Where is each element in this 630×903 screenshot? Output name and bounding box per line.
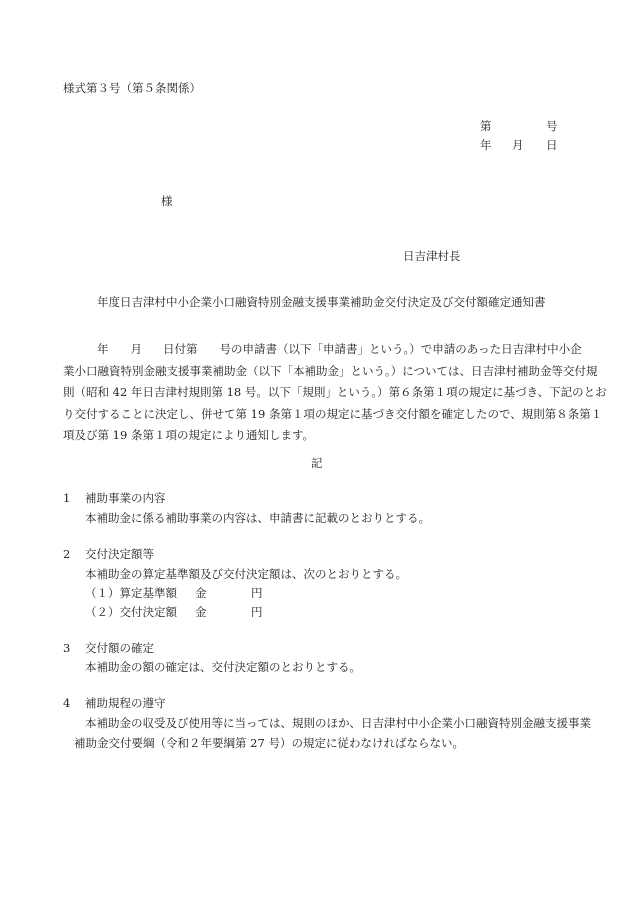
calculation-base-amount-item: （１）算定基準額金円 <box>85 585 263 601</box>
item-label: （１）算定基準額 <box>85 585 195 601</box>
body-paragraph: 年月日付第号の申請書（以下「申請書」という。）で申請のあった日吉津村中小企 業小… <box>63 339 581 447</box>
section-3-heading: 3交付額の確定 <box>63 640 154 656</box>
section-number: 3 <box>63 641 85 655</box>
body-month-label: 月 <box>131 342 143 356</box>
body-line-5: 項及び第 19 条第１項の規定により通知します。 <box>63 425 581 447</box>
document-title: 年度日吉津村中小企業小口融資特別金融支援事業補助金交付決定及び交付額確定通知書 <box>97 294 546 310</box>
amount-prefix: 金 <box>195 585 251 601</box>
body-line-2: 業小口融資特別金融支援事業補助金（以下「本補助金」という。）については、日吉津村… <box>63 361 581 383</box>
section-title: 交付決定額等 <box>85 547 154 561</box>
date-year-label: 年 <box>480 137 492 153</box>
section-2-heading: 2交付決定額等 <box>63 546 154 562</box>
section-1-heading: 1補助事業の内容 <box>63 490 166 506</box>
body-line-1: 年月日付第号の申請書（以下「申請書」という。）で申請のあった日吉津村中小企 <box>63 339 581 361</box>
item-label: （２）交付決定額 <box>85 604 195 620</box>
addressee-suffix: 様 <box>161 193 173 209</box>
section-4-heading: 4補助規程の遵守 <box>63 695 166 711</box>
amount-unit: 円 <box>251 605 263 619</box>
amount-prefix: 金 <box>195 604 251 620</box>
issuer-name: 日吉津村長 <box>403 248 461 264</box>
date-month-label: 月 <box>512 137 524 153</box>
body-day-number-label: 日付第 <box>163 342 198 356</box>
body-line-4: り交付することに決定し、併せて第 19 条第１項の規定に基づき交付額を確定したの… <box>63 404 581 426</box>
amount-unit: 円 <box>251 586 263 600</box>
body-line-3: 則（昭和 42 年日吉津村規則第 18 号。以下「規則」という。）第６条第１項の… <box>63 382 581 404</box>
section-1-body: 本補助金に係る補助事業の内容は、申請書に記載のとおりとする。 <box>85 510 430 526</box>
section-title: 交付額の確定 <box>85 641 154 655</box>
body-line-1-rest: 号の申請書（以下「申請書」という。）で申請のあった日吉津村中小企 <box>220 342 582 356</box>
section-3-body: 本補助金の額の確定は、交付決定額のとおりとする。 <box>85 659 361 675</box>
section-4-body-line-2: 補助金交付要綱（令和２年要綱第 27 号）の規定に従わなければならない。 <box>74 735 464 751</box>
document-number-suffix: 号 <box>546 118 558 134</box>
section-2-body: 本補助金の算定基準額及び交付決定額は、次のとおりとする。 <box>85 566 407 582</box>
section-number: 2 <box>63 547 85 561</box>
date-day-label: 日 <box>546 137 558 153</box>
section-number: 4 <box>63 696 85 710</box>
body-year-label: 年 <box>97 342 109 356</box>
document-date: 年 月 日 <box>480 137 560 155</box>
section-number: 1 <box>63 491 85 505</box>
section-title: 補助規程の遵守 <box>85 696 166 710</box>
document-number: 第 号 <box>480 118 560 136</box>
section-4-body-line-1: 本補助金の収受及び使用等に当っては、規則のほか、日吉津村中小企業小口融資特別金融… <box>85 715 591 731</box>
document-number-prefix: 第 <box>480 118 492 134</box>
section-title: 補助事業の内容 <box>85 491 166 505</box>
grant-decision-amount-item: （２）交付決定額金円 <box>85 604 263 620</box>
form-number: 様式第３号（第５条関係） <box>63 80 201 96</box>
ki-heading: 記 <box>311 455 323 471</box>
